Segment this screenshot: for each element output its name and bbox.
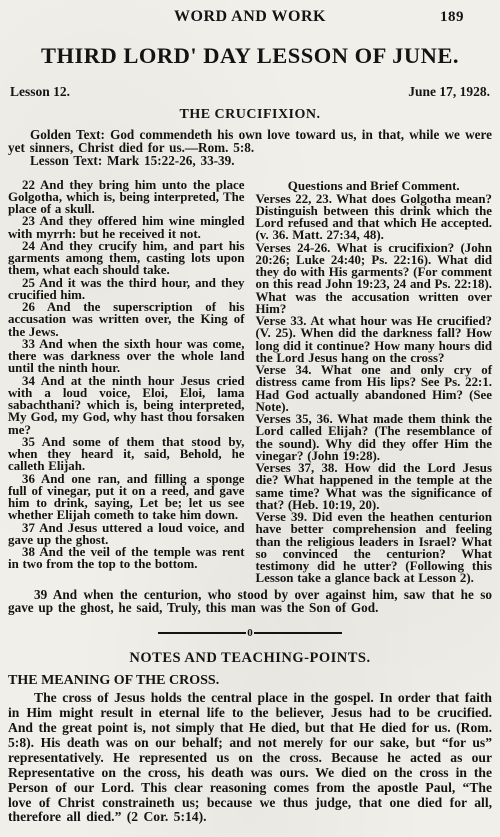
page-title: THIRD LORD' DAY LESSON OF JUNE. <box>8 41 492 71</box>
verse-paragraph: 35 And some of them that stood by, when … <box>8 436 245 473</box>
question-paragraph: Verses 37, 38. How did the Lord Jesus di… <box>256 462 493 511</box>
notes-body-paragraph: The cross of Jesus holds the central pla… <box>8 691 492 825</box>
verse-paragraph: 26 And the superscription of his accusat… <box>8 301 245 338</box>
lesson-title: THE CRUCIFIXION. <box>8 106 492 123</box>
lesson-text-reference: Lesson Text: Mark 15:22-26, 33-39. <box>8 154 492 167</box>
verse-paragraph: 24 And they crucify him, and part his ga… <box>8 240 245 277</box>
intro-block: Golden Text: God commendeth his own love… <box>8 128 492 168</box>
verse-paragraph: 34 And at the ninth hour Jesus cried wit… <box>8 375 245 436</box>
running-head: WORD AND WORK 189 <box>8 6 492 28</box>
verse-paragraph: 25 And it was the third hour, and they c… <box>8 277 245 302</box>
question-paragraph: Verse 39. Did even the heathen centurion… <box>256 511 493 585</box>
page-number: 189 <box>440 6 464 28</box>
verse-paragraph: 23 And they offered him wine mingled wit… <box>8 215 245 240</box>
lesson-date: June 17, 1928. <box>408 84 490 100</box>
questions-heading: Questions and Brief Comment. <box>256 179 493 192</box>
journal-title: WORD AND WORK <box>174 8 326 25</box>
verse-paragraph: 22 And they bring him unto the place Gol… <box>8 179 245 216</box>
golden-text: Golden Text: God commendeth his own love… <box>8 128 492 154</box>
section-divider: 0 <box>8 626 492 640</box>
question-paragraph: Verses 35, 36. What made them think the … <box>256 413 493 462</box>
scanned-document-page: WORD AND WORK 189 THIRD LORD' DAY LESSON… <box>0 0 500 837</box>
divider-ornament: 0 <box>246 628 254 638</box>
question-paragraph: Verse 34. What one and only cry of distr… <box>256 364 493 413</box>
lesson-number: Lesson 12. <box>10 84 70 100</box>
question-paragraph: Verses 22, 23. What does Golgotha mean? … <box>256 193 493 242</box>
notes-subheading: THE MEANING OF THE CROSS. <box>8 672 492 689</box>
verse-39-paragraph: 39 And when the centurion, who stood by … <box>8 588 492 616</box>
verse-paragraph: 33 And when the sixth hour was come, the… <box>8 338 245 375</box>
lesson-meta-row: Lesson 12. June 17, 1928. <box>8 84 492 100</box>
questions-column: Questions and Brief Comment. Verses 22, … <box>256 179 493 585</box>
question-paragraph: Verse 33. At what hour was He crucified?… <box>256 315 493 364</box>
scripture-column: 22 And they bring him unto the place Gol… <box>8 179 245 585</box>
two-column-body: 22 And they bring him unto the place Gol… <box>8 179 492 585</box>
verse-paragraph: 37 And Jesus uttered a loud voice, and g… <box>8 522 245 547</box>
divider-rule-right <box>254 632 342 634</box>
divider-rule-left <box>158 632 246 634</box>
verse-paragraph: 36 And one ran, and filling a sponge ful… <box>8 473 245 522</box>
verse-paragraph: 38 And the veil of the temple was rent i… <box>8 546 245 571</box>
notes-section-heading: NOTES AND TEACHING-POINTS. <box>8 649 492 667</box>
question-paragraph: Verses 24-26. What is crucifixion? (John… <box>256 242 493 316</box>
